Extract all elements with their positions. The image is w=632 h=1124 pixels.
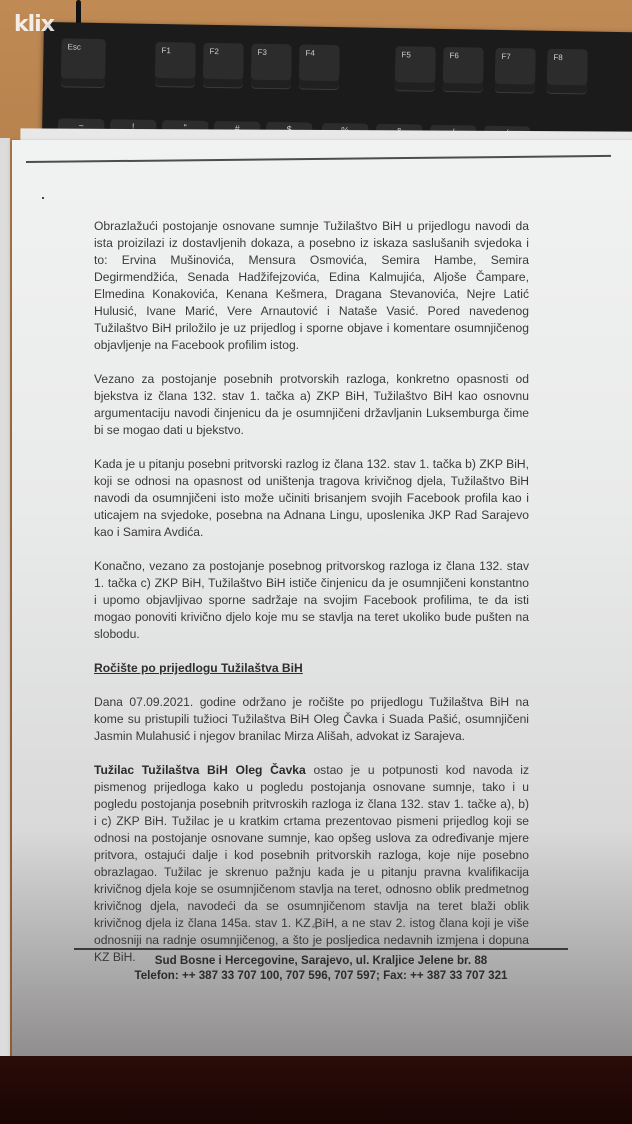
f2-key: F2	[203, 43, 244, 88]
f5-key: F5	[395, 46, 436, 91]
document-body: Obrazlažući postojanje osnovane sumnje T…	[94, 218, 529, 983]
f1-label: F1	[161, 46, 170, 55]
page-number: 4	[312, 918, 318, 933]
section-heading: Ročište po prijedlogu Tužilaštva BiH	[94, 660, 529, 677]
f7-key: F7	[495, 48, 536, 93]
paragraph-reoffending: Konačno, vezano za postojanje posebnog p…	[94, 558, 529, 643]
paragraph-suspicion: Obrazlažući postojanje osnovane sumnje T…	[94, 218, 529, 354]
f3-label: F3	[257, 48, 266, 57]
f6-key: F6	[443, 47, 484, 92]
f1-key: F1	[155, 42, 196, 87]
f2-label: F2	[209, 47, 218, 56]
f8-label: F8	[553, 53, 562, 62]
underlying-sheet	[0, 138, 10, 1068]
paragraph-flight-risk: Vezano za postojanje posebnih protvorski…	[94, 371, 529, 439]
f4-key: F4	[299, 44, 340, 89]
f7-label: F7	[501, 52, 510, 61]
f3-key: F3	[251, 44, 292, 89]
klix-logo: klix	[14, 12, 54, 37]
paragraph-evidence-tampering: Kada je u pitanju posebni pritvorski raz…	[94, 456, 529, 541]
f6-label: F6	[449, 51, 458, 60]
f8-key: F8	[547, 49, 588, 94]
desk-edge	[0, 1056, 632, 1124]
esc-key-label: Esc	[67, 42, 80, 51]
esc-key: Esc	[61, 38, 106, 87]
footer-address: Sud Bosne i Hercegovine, Sarajevo, ul. K…	[74, 953, 568, 968]
f5-label: F5	[401, 50, 410, 59]
paragraph-hearing: Dana 07.09.2021. godine održano je ročiš…	[94, 694, 529, 745]
footer-rule	[74, 948, 568, 950]
court-footer: Sud Bosne i Hercegovine, Sarajevo, ul. K…	[74, 953, 568, 983]
footer-contact: Telefon: ++ 387 33 707 100, 707 596, 707…	[74, 968, 568, 983]
prosecutor-text: ostao je u potpunosti kod navoda iz pism…	[94, 763, 529, 964]
paper-speck	[42, 197, 44, 199]
paragraph-prosecutor: Tužilac Tužilaštva BiH Oleg Čavka ostao …	[94, 762, 529, 966]
prosecutor-name: Tužilac Tužilaštva BiH Oleg Čavka	[94, 763, 306, 777]
f4-label: F4	[305, 49, 314, 58]
